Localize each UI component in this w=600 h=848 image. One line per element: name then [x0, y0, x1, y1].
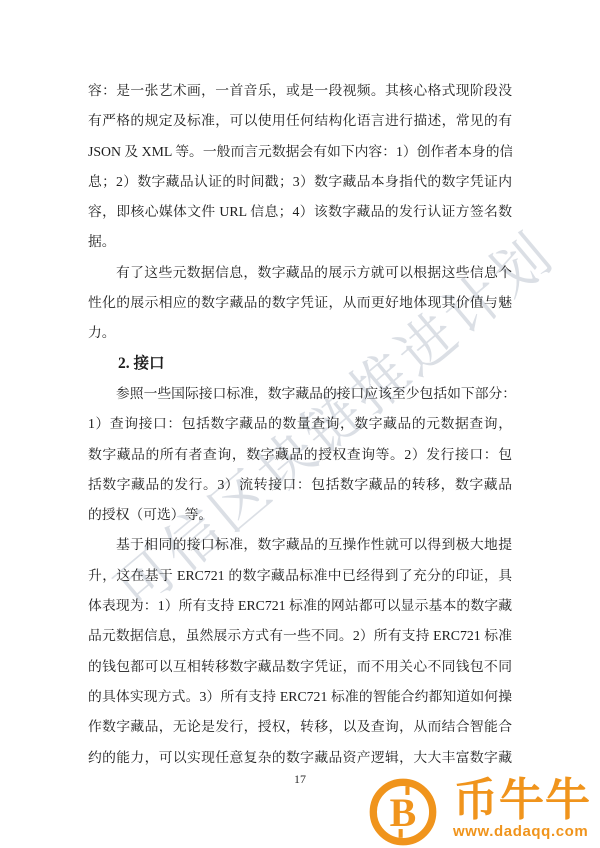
text-line: 性化的展示相应的数字藏品的数字凭证，从而更好地体现其价值与魅 [88, 288, 512, 318]
bitcoin-icon: B [366, 775, 440, 848]
text-line: 有严格的规定及标准，可以使用任何结构化语言进行描述，常见的有 [88, 106, 512, 136]
document-body: 容：是一张艺术画，一首音乐，或是一段视频。其核心格式现阶段没有严格的规定及标准，… [88, 76, 512, 773]
text-line: 有了这些元数据信息，数字藏品的展示方就可以根据这些信息个 [88, 258, 512, 288]
site-logo: B 币牛牛 www.dadaqq.com [366, 770, 591, 848]
text-line: 基于相同的接口标准，数字藏品的互操作性就可以得到极大地提 [88, 530, 512, 560]
text-line: 的具体实现方式。3）所有支持 ERC721 标准的智能合约都知道如何操 [88, 682, 512, 712]
text-line: 升，这在基于 ERC721 的数字藏品标准中已经得到了充分的印证，具 [88, 561, 512, 591]
text-line: 据。 [88, 227, 512, 257]
text-line: 的钱包都可以互相转移数字藏品数字凭证，而不用关心不同钱包不同 [88, 652, 512, 682]
text-line: 1）查询接口：包括数字藏品的数量查询，数字藏品的元数据查询， [88, 409, 512, 439]
text-line: JSON 及 XML 等。一般而言元数据会有如下内容：1）创作者本身的信 [88, 137, 512, 167]
text-line: 的授权（可选）等。 [88, 500, 512, 530]
text-line: 括数字藏品的发行。3）流转接口：包括数字藏品的转移，数字藏品 [88, 470, 512, 500]
brand-text: 币牛牛 www.dadaqq.com [453, 770, 591, 840]
text-line: 息；2）数字藏品认证的时间戳；3）数字藏品本身指代的数字凭证内 [88, 167, 512, 197]
brand-name: 币牛牛 [453, 777, 591, 822]
text-line: 数字藏品的所有者查询，数字藏品的授权查询等。2）发行接口：包 [88, 440, 512, 470]
text-line: 参照一些国际接口标准，数字藏品的接口应该至少包括如下部分： [88, 379, 512, 409]
document-page: 可信区块链推进计划 容：是一张艺术画，一首音乐，或是一段视频。其核心格式现阶段没… [0, 0, 600, 848]
text-line: 容：是一张艺术画，一首音乐，或是一段视频。其核心格式现阶段没 [88, 76, 512, 106]
text-line: 品元数据信息，虽然展示方式有一些不同。2）所有支持 ERC721 标准 [88, 621, 512, 651]
text-line: 力。 [88, 318, 512, 348]
section-heading: 2. 接口 [88, 349, 512, 379]
svg-text:B: B [390, 790, 417, 835]
text-line: 体表现为：1）所有支持 ERC721 标准的网站都可以显示基本的数字藏 [88, 591, 512, 621]
text-line: 约的能力，可以实现任意复杂的数字藏品资产逻辑，大大丰富数字藏 [88, 743, 512, 773]
text-line: 作数字藏品，无论是发行，授权，转移，以及查询，从而结合智能合 [88, 712, 512, 742]
text-line: 容，即核心媒体文件 URL 信息；4）该数字藏品的发行认证方签名数 [88, 197, 512, 227]
brand-url: www.dadaqq.com [453, 824, 591, 840]
